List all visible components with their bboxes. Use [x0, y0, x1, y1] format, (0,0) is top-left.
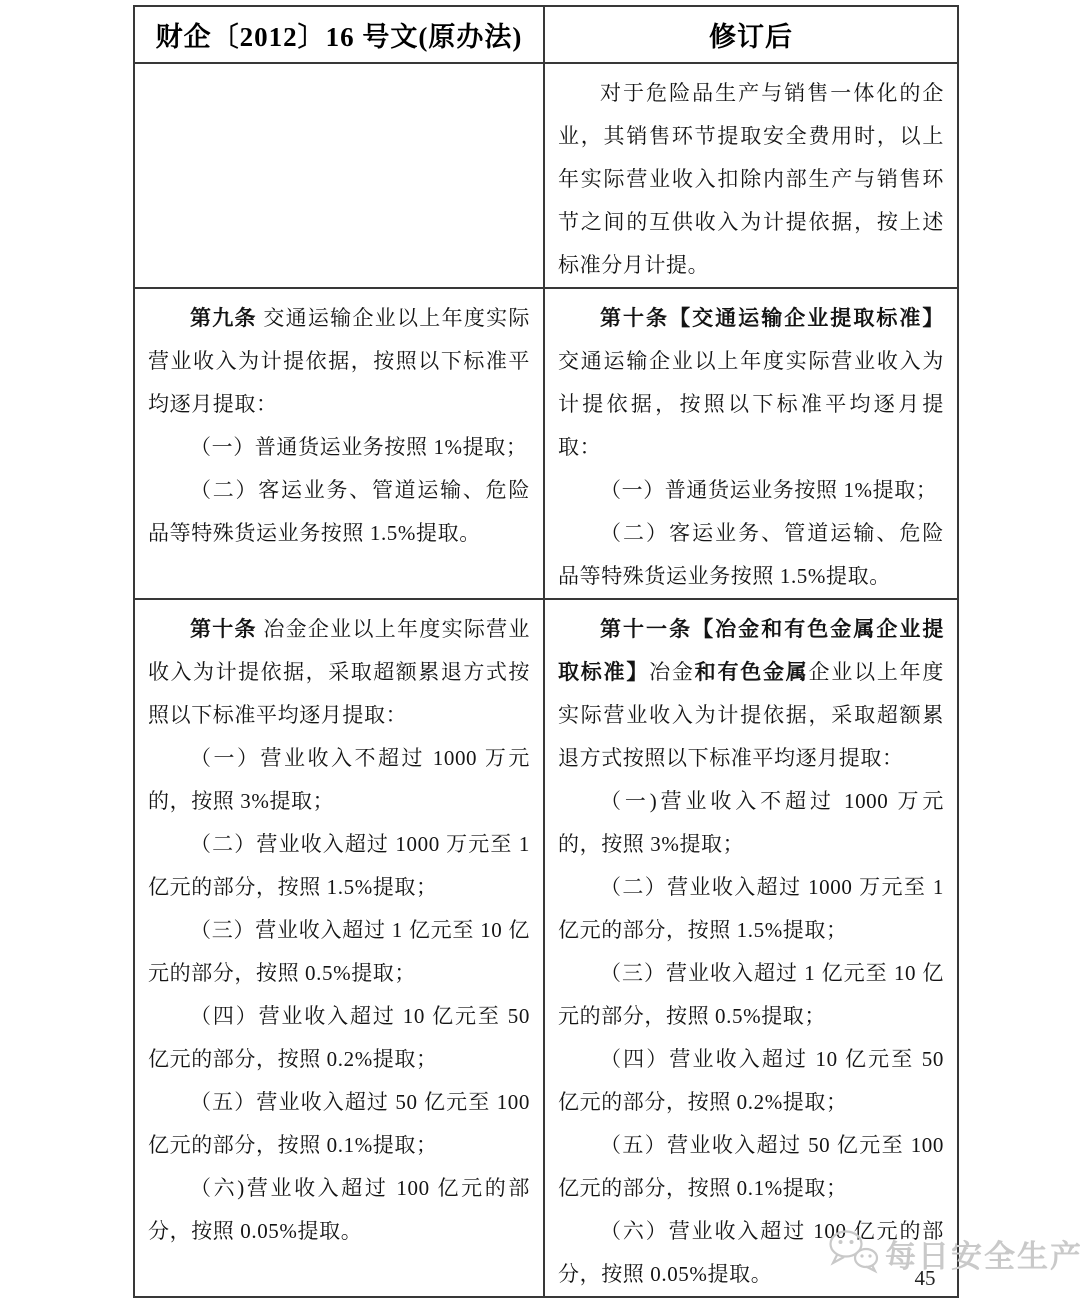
body-text: （一）普通货运业务按照 1%提取； [190, 435, 527, 459]
body-text: 对于危险品生产与销售一体化的企业，其销售环节提取安全费用时，以上年实际营业收入扣… [558, 81, 944, 277]
body-text: （二）营业收入超过 1000 万元至 1 亿元的部分，按照 1.5%提取； [558, 875, 944, 942]
body-text: （一）营业收入不超过 1000 万元的，按照 3%提取； [148, 746, 530, 813]
paragraph: 第十条【交通运输企业提取标准】交通运输企业以上年度实际营业收入为计提依据，按照以… [558, 297, 944, 469]
comparison-table: 财企〔2012〕16 号文(原办法) 修订后 对于危险品生产与销售一体化的企业，… [133, 5, 959, 1298]
table-row: 第十条 冶金企业以上年度实际营业收入为计提依据，采取超额累退方式按照以下标准平均… [134, 599, 958, 1297]
bold-text: 第十条 [190, 617, 263, 641]
body-text: （二）客运业务、管道运输、危险品等特殊货运业务按照 1.5%提取。 [558, 521, 944, 588]
paragraph: （一）营业收入不超过 1000 万元的，按照 3%提取； [148, 737, 530, 823]
paragraph: （二）客运业务、管道运输、危险品等特殊货运业务按照 1.5%提取。 [148, 469, 530, 555]
body-text: （一)营业收入不超过 1000 万元的，按照 3%提取； [558, 789, 944, 856]
watermark: 每日安全生产 [826, 1228, 1080, 1279]
wechat-bubbles-icon [826, 1228, 880, 1279]
body-text: （三）营业收入超过 1 亿元至 10 亿元的部分，按照 0.5%提取； [148, 918, 530, 985]
paragraph: （五）营业收入超过 50 亿元至 100 亿元的部分，按照 0.1%提取； [148, 1081, 530, 1167]
table-cell-left-row-1: 第九条 交通运输企业以上年度实际营业收入为计提依据，按照以下标准平均逐月提取：（… [134, 288, 544, 599]
paragraph: 第十条 冶金企业以上年度实际营业收入为计提依据，采取超额累退方式按照以下标准平均… [148, 608, 530, 737]
page-number: 45 [903, 1266, 947, 1291]
header-original-document: 财企〔2012〕16 号文(原办法) [134, 6, 544, 63]
paragraph: （一)营业收入不超过 1000 万元的，按照 3%提取； [558, 780, 944, 866]
paragraph: 第十一条【冶金和有色金属企业提取标准】冶金和有色金属企业以上年度实际营业收入为计… [558, 608, 944, 780]
paragraph: （四）营业收入超过 10 亿元至 50 亿元的部分，按照 0.2%提取； [558, 1038, 944, 1124]
body-text: （五）营业收入超过 50 亿元至 100 亿元的部分，按照 0.1%提取； [558, 1133, 944, 1200]
paragraph: 第九条 交通运输企业以上年度实际营业收入为计提依据，按照以下标准平均逐月提取： [148, 297, 530, 426]
paragraph: （一）普通货运业务按照 1%提取； [148, 426, 530, 469]
paragraph: （二）客运业务、管道运输、危险品等特殊货运业务按照 1.5%提取。 [558, 512, 944, 598]
table-row: 对于危险品生产与销售一体化的企业，其销售环节提取安全费用时，以上年实际营业收入扣… [134, 63, 958, 288]
paragraph: （三）营业收入超过 1 亿元至 10 亿元的部分，按照 0.5%提取； [148, 909, 530, 995]
bold-text: 第十条【交通运输企业提取标准】 [600, 306, 944, 330]
paragraph: （一）普通货运业务按照 1%提取； [558, 469, 944, 512]
table-row: 第九条 交通运输企业以上年度实际营业收入为计提依据，按照以下标准平均逐月提取：（… [134, 288, 958, 599]
table-cell-left-row-0 [134, 63, 544, 288]
body-text: 冶金 [649, 660, 695, 684]
bold-text: 第九条 [190, 306, 263, 330]
paragraph: （二）营业收入超过 1000 万元至 1 亿元的部分，按照 1.5%提取； [558, 866, 944, 952]
header-revised-document: 修订后 [544, 6, 958, 63]
paragraph: （三）营业收入超过 1 亿元至 10 亿元的部分，按照 0.5%提取； [558, 952, 944, 1038]
table-header-row: 财企〔2012〕16 号文(原办法) 修订后 [134, 6, 958, 63]
body-text: （二）营业收入超过 1000 万元至 1 亿元的部分，按照 1.5%提取； [148, 832, 530, 899]
table-cell-right-row-1: 第十条【交通运输企业提取标准】交通运输企业以上年度实际营业收入为计提依据，按照以… [544, 288, 958, 599]
body-text: （五）营业收入超过 50 亿元至 100 亿元的部分，按照 0.1%提取； [148, 1090, 530, 1157]
paragraph: 对于危险品生产与销售一体化的企业，其销售环节提取安全费用时，以上年实际营业收入扣… [558, 72, 944, 287]
body-text: （二）客运业务、管道运输、危险品等特殊货运业务按照 1.5%提取。 [148, 478, 530, 545]
document-page: 财企〔2012〕16 号文(原办法) 修订后 对于危险品生产与销售一体化的企业，… [0, 0, 1080, 1301]
paragraph: （五）营业收入超过 50 亿元至 100 亿元的部分，按照 0.1%提取； [558, 1124, 944, 1210]
table-cell-right-row-0: 对于危险品生产与销售一体化的企业，其销售环节提取安全费用时，以上年实际营业收入扣… [544, 63, 958, 288]
body-text: 交通运输企业以上年度实际营业收入为计提依据，按照以下标准平均逐月提取： [558, 349, 944, 459]
table-cell-left-row-2: 第十条 冶金企业以上年度实际营业收入为计提依据，采取超额累退方式按照以下标准平均… [134, 599, 544, 1297]
table-cell-right-row-2: 第十一条【冶金和有色金属企业提取标准】冶金和有色金属企业以上年度实际营业收入为计… [544, 599, 958, 1297]
paragraph: （四）营业收入超过 10 亿元至 50 亿元的部分，按照 0.2%提取； [148, 995, 530, 1081]
body-text: （一）普通货运业务按照 1%提取； [600, 478, 937, 502]
body-text: （六)营业收入超过 100 亿元的部分，按照 0.05%提取。 [148, 1176, 530, 1243]
body-text: （四）营业收入超过 10 亿元至 50 亿元的部分，按照 0.2%提取； [148, 1004, 530, 1071]
paragraph: （六)营业收入超过 100 亿元的部分，按照 0.05%提取。 [148, 1167, 530, 1253]
bold-text: 和有色金属 [695, 660, 809, 684]
paragraph: （二）营业收入超过 1000 万元至 1 亿元的部分，按照 1.5%提取； [148, 823, 530, 909]
body-text: （三）营业收入超过 1 亿元至 10 亿元的部分，按照 0.5%提取； [558, 961, 944, 1028]
body-text: （四）营业收入超过 10 亿元至 50 亿元的部分，按照 0.2%提取； [558, 1047, 944, 1114]
